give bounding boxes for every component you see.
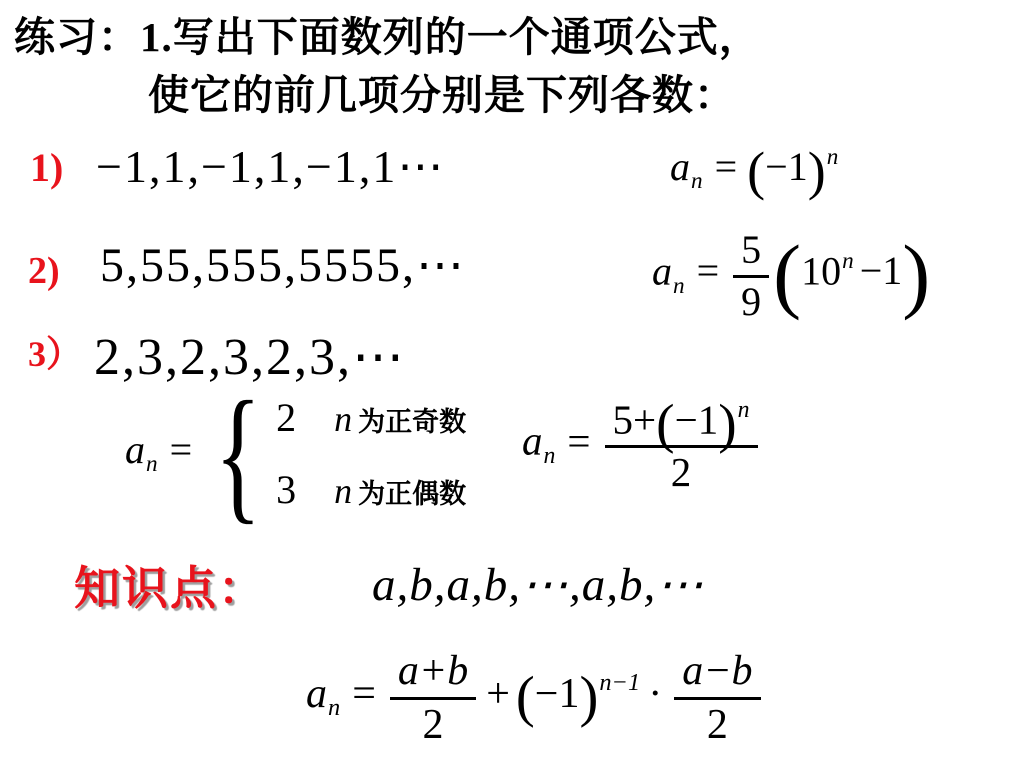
problem-3-formula: an=5+(−1)n2 — [522, 396, 762, 494]
denominator: 2 — [671, 448, 692, 494]
a-var: a — [522, 418, 543, 464]
title-line-2: 使它的前几项分别是下列各数： — [148, 74, 736, 117]
problem-1-formula: an=(−1)n — [670, 146, 838, 194]
knowledge-point-label: 知识点： — [74, 566, 266, 612]
fraction-a-plus-b: a+b2 — [390, 648, 476, 747]
case-odd-condition: 为正奇数 — [358, 409, 466, 436]
right-paren: ) — [808, 141, 826, 201]
piecewise-cases: 2n为正奇数 3n为正偶数 — [276, 398, 466, 510]
plus-sign: + — [486, 671, 510, 717]
denominator: 2 — [707, 700, 728, 747]
right-paren: ) — [718, 393, 736, 454]
case-even-var: n — [334, 473, 352, 509]
title-line-1: 练习：1.写出下面数列的一个通项公式， — [14, 16, 761, 59]
denominator: 9 — [741, 278, 761, 323]
knowledge-sequence: a,b,a,b,⋯,a,b,⋯ — [372, 562, 704, 609]
case-even: 3n为正偶数 — [276, 470, 466, 510]
a-var: a — [652, 248, 672, 293]
dot-operator: · — [648, 671, 662, 717]
denominator: 2 — [423, 700, 444, 747]
case-odd-var: n — [334, 401, 352, 437]
knowledge-formula: an=a+b2+(−1)n−1·a−b2 — [306, 648, 765, 747]
problem-1-label: 1) — [30, 148, 63, 188]
base-value: −1 — [765, 144, 808, 189]
problem-3-label: 3） — [28, 336, 82, 372]
left-paren: ( — [747, 141, 765, 201]
numerator: a−b — [674, 648, 760, 700]
equals-sign: = — [697, 248, 720, 293]
fraction: 5+(−1)n2 — [605, 396, 758, 494]
left-paren: ( — [516, 665, 535, 728]
case-even-value: 3 — [276, 470, 334, 510]
problem-3-piecewise-formula: an={ 2n为正奇数 3n为正偶数 — [125, 398, 466, 510]
problem-2-label: 2) — [28, 252, 60, 290]
n-subscript: n — [544, 443, 556, 469]
base-value: −1 — [675, 397, 719, 443]
numerator: a+b — [390, 648, 476, 700]
right-paren: ) — [902, 228, 930, 321]
n-subscript: n — [146, 451, 158, 477]
left-paren: ( — [656, 393, 674, 454]
problem-2-sequence: 5,55,555,5555,⋯ — [100, 242, 466, 290]
exponent: n — [738, 397, 750, 423]
equals-sign: = — [567, 418, 590, 464]
a-var: a — [306, 671, 327, 717]
case-odd: 2n为正奇数 — [276, 398, 466, 438]
case-even-condition: 为正偶数 — [358, 481, 466, 508]
a-var: a — [125, 427, 145, 472]
a-var: a — [670, 144, 690, 189]
base-value: 10 — [801, 248, 841, 293]
n-subscript: n — [328, 694, 340, 721]
right-paren: ) — [579, 665, 598, 728]
base-value: −1 — [535, 671, 580, 717]
exponent: n — [842, 248, 854, 274]
exponent: n — [827, 144, 839, 170]
numerator: 5+(−1)n — [605, 396, 758, 448]
fraction-a-minus-b: a−b2 — [674, 648, 760, 747]
n-subscript: n — [673, 273, 685, 299]
exponent: n−1 — [599, 669, 640, 696]
n-subscript: n — [691, 168, 703, 194]
fraction-5-9: 59 — [733, 228, 769, 323]
slide: { "colors": {"red": "#e8131c", "black": … — [0, 0, 1024, 768]
problem-2-formula: an=59(10n−1) — [652, 228, 930, 323]
left-paren: ( — [773, 228, 801, 321]
equals-sign: = — [352, 671, 376, 717]
problem-1-sequence: −1,1,−1,1,−1,1⋯ — [96, 144, 445, 190]
equals-sign: = — [170, 427, 193, 472]
equals-sign: = — [715, 144, 738, 189]
numerator: 5 — [733, 228, 769, 278]
minus-one: −1 — [860, 248, 903, 293]
five-plus: 5+ — [613, 397, 657, 443]
case-odd-value: 2 — [276, 398, 334, 438]
